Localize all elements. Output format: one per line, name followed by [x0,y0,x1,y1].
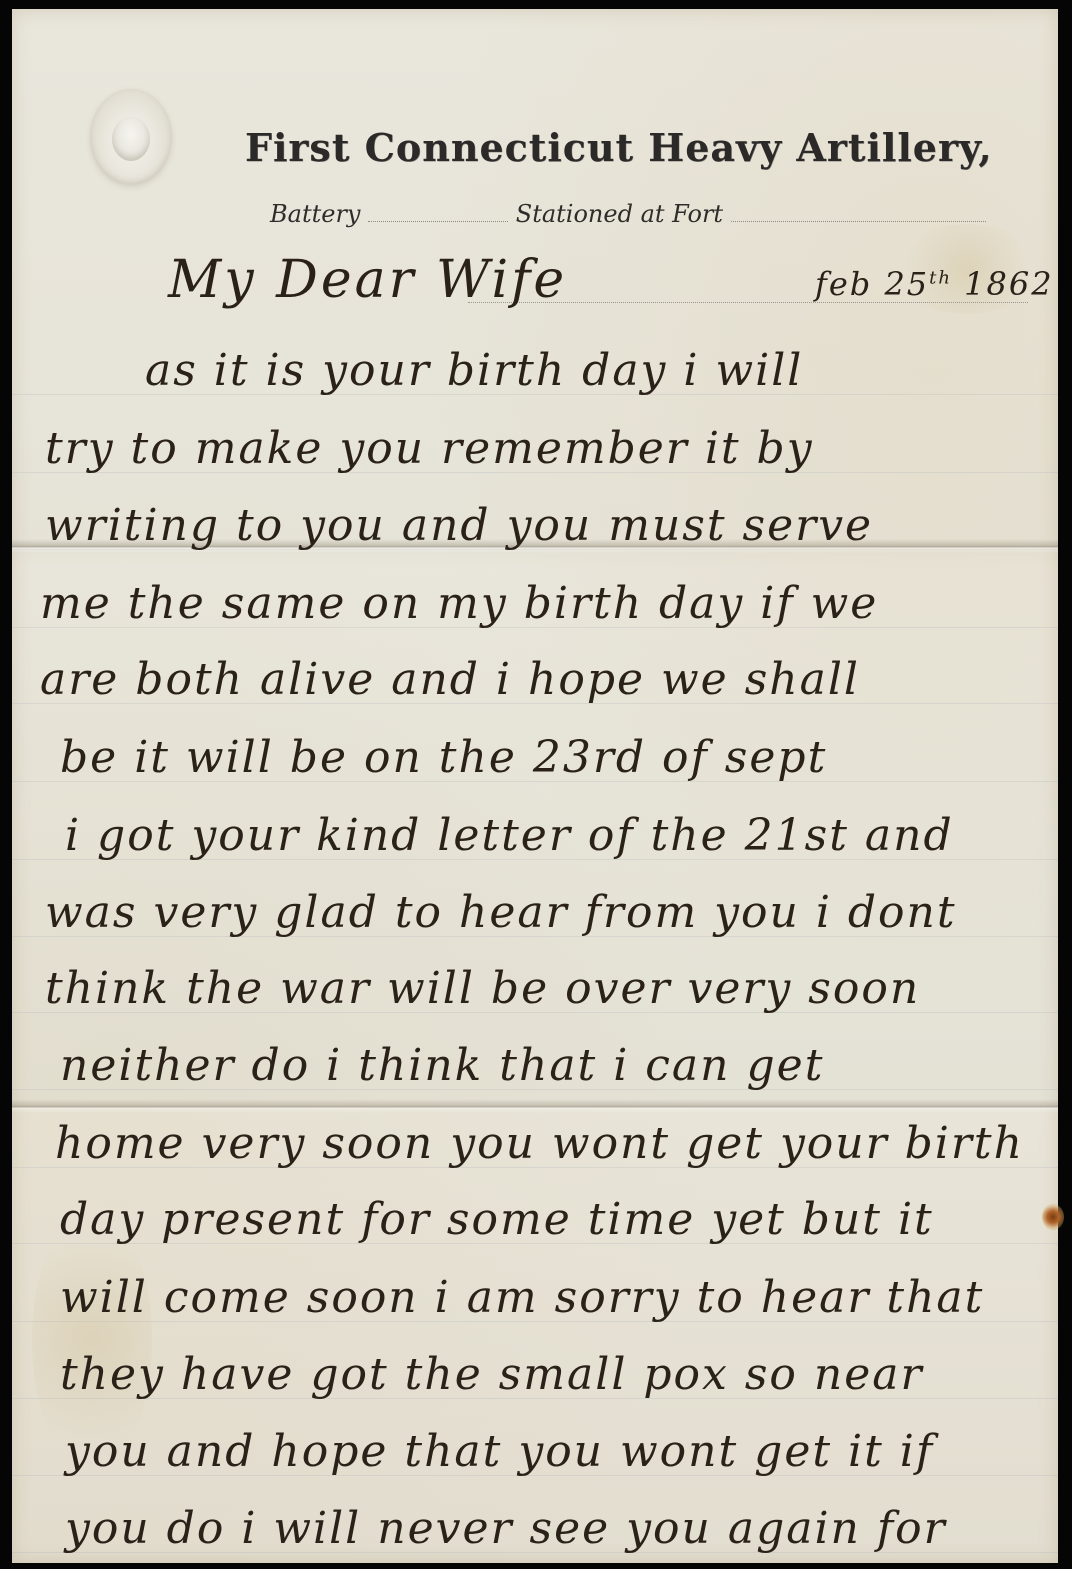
letter-line: you do i will never see you again for [65,1503,947,1554]
battery-blank [368,221,508,222]
letter-line: will come soon i am sorry to hear that [60,1272,984,1323]
fold-crease [12,1099,1058,1113]
embossed-seal-icon [90,89,172,185]
letter-line: was very glad to hear from you i dont [45,887,957,938]
letter-line: are both alive and i hope we shall [40,654,860,705]
date-year: 1862 [964,265,1053,303]
letter-line: try to make you remember it by [45,423,814,474]
letter-date: feb 25th 1862 [815,265,1054,303]
letter-line: you and hope that you wont get it if [65,1426,934,1477]
letter-line: as it is your birth day i will [145,345,803,396]
letter-page [12,9,1058,1563]
date-suffix: th [929,267,952,288]
letter-line: day present for some time yet but it [60,1194,934,1245]
letter-line: i got your kind letter of the 21st and [65,810,954,861]
stationed-label: Stationed at Fort [516,200,723,228]
letter-line: think the war will be over very soon [45,963,920,1014]
letter-line: be it will be on the 23rd of sept [60,732,827,783]
letterhead-title: First Connecticut Heavy Artillery, [245,125,945,170]
fort-blank [731,221,986,222]
letterhead-form-line: Battery Stationed at Fort [270,200,986,228]
letter-line: they have got the small pox so near [60,1349,924,1400]
embossed-seal-center [112,117,150,161]
battery-label: Battery [270,200,360,228]
letter-line: home very soon you wont get your birth [55,1118,1024,1169]
date-day: 25 [884,265,929,303]
letter-line: writing to you and you must serve [45,500,873,551]
letter-line: me the same on my birth day if we [40,578,878,629]
rust-spot [1042,1204,1064,1230]
letter-line: neither do i think that i can get [60,1040,824,1091]
date-month: feb [815,265,872,303]
salutation: My Dear Wife [168,250,567,310]
